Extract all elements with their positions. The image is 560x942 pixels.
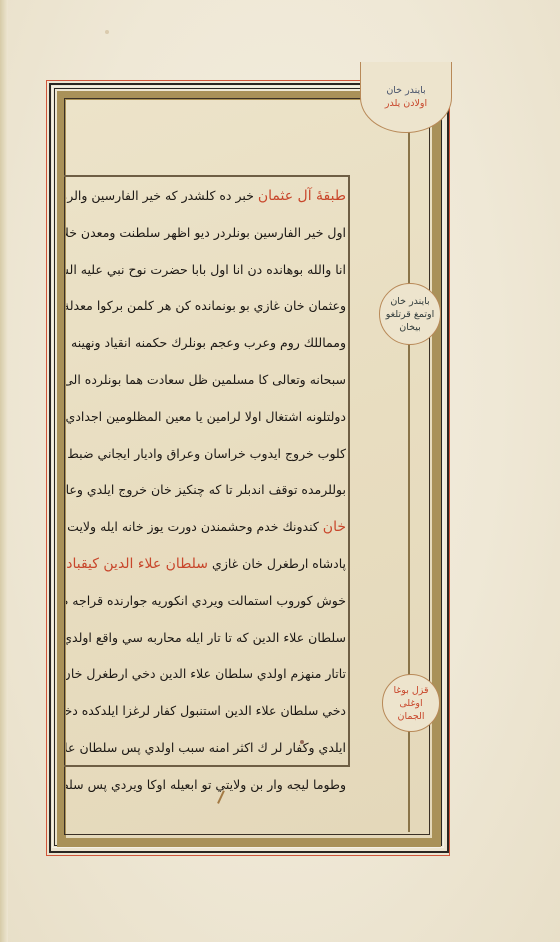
medallion-text: اوغلى: [399, 697, 422, 710]
text-line: بوللرمده توقف اندبلر تا كه چنكيز خان خرو…: [66, 472, 346, 509]
rubric-name: سلطان علاء الدين كيقباد بن كيخسرو بن مسع…: [66, 556, 208, 572]
rubric-heading: طبقهٔ آل عثمان: [258, 188, 346, 204]
ink-blot: [300, 740, 304, 744]
genealogy-medallion-middle: بايندر خان اوتمغ قرتلغو بيخان: [379, 283, 441, 345]
body-text: دخي سلطان علاء الدين استنبول كفار لرغزا …: [66, 703, 346, 718]
body-text: تاتار منهزم اولدي سلطان علاء الدين دخي ا…: [66, 666, 346, 681]
medallion-text: اولادن يلدر: [385, 97, 427, 110]
paper-spot: [105, 30, 109, 34]
text-line: سلطان علاء الدين كه تا تار ايله محاربه س…: [66, 620, 346, 657]
medallion-text: بايندر خان: [390, 295, 429, 308]
genealogy-medallion-top: بايندر خان اولادن يلدر: [360, 62, 452, 133]
text-line: اول خير الفارسين بونلردر ديو اظهر سلطنت …: [66, 215, 346, 252]
text-line: تاتار منهزم اولدي سلطان علاء الدين دخي ا…: [66, 656, 346, 693]
text-line: ومماللك روم وعرب وعجم بونلرك حكمنه انقيا…: [66, 325, 346, 362]
body-text: سبحانه وتعالى كا مسلمين ظل سعادت هما بون…: [66, 372, 346, 387]
text-line: وطوما ليجه وار بن ولايتي تو ابعيله اوكا …: [66, 767, 346, 804]
body-text: كندونك خدم وحشمندن دورت يوز خانه ايله ول…: [66, 519, 319, 534]
body-text: پادشاه ارطغرل خان غازي: [212, 556, 346, 571]
medallion-text: قزل بوغا: [393, 684, 428, 697]
text-line: طبقهٔ آل عثمان خبر ده كلشدر كه خير الفار…: [66, 178, 346, 215]
text-line: كلوب خروج ايدوب خراسان وعراق واديار ايجا…: [66, 436, 346, 473]
medallion-text: بيخان: [399, 321, 421, 334]
page-gutter-edge: [0, 0, 8, 942]
text-line: خوش كوروب استمالت ويردي انكوريه جوارنده …: [66, 583, 346, 620]
body-text: اول خير الفارسين بونلردر ديو اظهر سلطنت …: [66, 225, 346, 240]
body-text: دولتلونه اشتغال اولا لرامين يا معين المظ…: [66, 409, 346, 424]
rubric-name: خان: [323, 519, 346, 535]
text-line: وعثمان خان غازي بو بونمانده كن هر كلمن ب…: [66, 288, 346, 325]
text-line: سبحانه وتعالى كا مسلمين ظل سعادت هما بون…: [66, 362, 346, 399]
text-line: خان كندونك خدم وحشمندن دورت يوز خانه ايل…: [66, 509, 346, 546]
body-text: بوللرمده توقف اندبلر تا كه چنكيز خان خرو…: [66, 482, 346, 497]
body-text: كلوب خروج ايدوب خراسان وعراق واديار ايجا…: [66, 446, 346, 461]
text-line: پادشاه ارطغرل خان غازي سلطان علاء الدين …: [66, 546, 346, 583]
body-text: انا والله بوهانده دن انا اول بابا حضرت ن…: [66, 262, 346, 277]
text-line: دخي سلطان علاء الدين استنبول كفار لرغزا …: [66, 693, 346, 730]
body-text: ايلدي وكفار لر ك اكثر امنه سبب اولدي پس …: [66, 740, 346, 755]
medallion-text: بايندر خان: [386, 84, 425, 97]
body-text: ومماللك روم وعرب وعجم بونلرك حكمنه انقيا…: [66, 335, 346, 350]
text-line: انا والله بوهانده دن انا اول بابا حضرت ن…: [66, 252, 346, 289]
body-text: سلطان علاء الدين كه تا تار ايله محاربه س…: [66, 630, 346, 645]
medallion-text: الجمان: [397, 710, 424, 723]
text-line: دولتلونه اشتغال اولا لرامين يا معين المظ…: [66, 399, 346, 436]
manuscript-text-lines: طبقهٔ آل عثمان خبر ده كلشدر كه خير الفار…: [66, 178, 346, 804]
body-text: خبر ده كلشدر كه خير الفارسين والرمان الا…: [66, 188, 254, 203]
body-text: خوش كوروب استمالت ويردي انكوريه جوارنده …: [66, 593, 346, 608]
genealogy-medallion-bottom: قزل بوغا اوغلى الجمان: [382, 674, 440, 732]
medallion-text: اوتمغ قرتلغو: [386, 308, 435, 321]
text-line: ايلدي وكفار لر ك اكثر امنه سبب اولدي پس …: [66, 730, 346, 767]
body-text: وطوما ليجه وار بن ولايتي تو ابعيله اوكا …: [66, 777, 346, 792]
body-text: وعثمان خان غازي بو بونمانده كن هر كلمن ب…: [66, 298, 346, 313]
